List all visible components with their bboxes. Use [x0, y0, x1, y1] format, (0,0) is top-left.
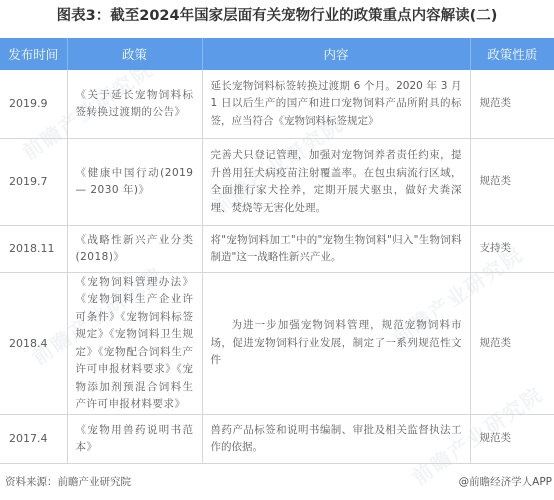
- cell-policy: 《战略性新兴产业分类(2018)》: [67, 226, 202, 273]
- header-policy: 政策: [67, 38, 202, 70]
- cell-nature: 规范类: [470, 70, 554, 139]
- cell-date: 2018.11: [0, 226, 67, 273]
- header-date: 发布时间: [0, 38, 67, 70]
- cell-nature: 支持类: [470, 226, 554, 273]
- table-row: 2019.7 《健康中国行动(2019 — 2030 年)》 完善犬只登记管理，…: [0, 139, 554, 226]
- cell-policy: 《宠物用兽药说明书范本》: [67, 415, 202, 464]
- cell-nature: 规范类: [470, 273, 554, 415]
- cell-nature: 规范类: [470, 415, 554, 464]
- cell-policy: 《健康中国行动(2019 — 2030 年)》: [67, 139, 202, 226]
- cell-date: 2019.7: [0, 139, 67, 226]
- table-row: 2017.4 《宠物用兽药说明书范本》 兽药产品标签和说明书编制、审批及相关监督…: [0, 415, 554, 464]
- policy-table: 发布时间 政策 内容 政策性质 2019.9 《关于延长宠物饲料标签转换过渡期的…: [0, 38, 554, 464]
- cell-date: 2019.9: [0, 70, 67, 139]
- cell-policy: 《宠物饲料管理办法》《宠物饲料生产企业许可条件》《宠物饲料标签规定》《宠物饲料卫…: [67, 273, 202, 415]
- cell-nature: 规范类: [470, 139, 554, 226]
- table-header-row: 发布时间 政策 内容 政策性质: [0, 38, 554, 70]
- cell-content: 为进一步加强宠物饲料管理，规范宠物饲料市场，促进宠物饲料行业发展，制定了一系列规…: [202, 273, 470, 415]
- cell-content: 延长宠物饲料标签转换过渡期 6 个月。2020 年 3 月 1 日以后生产的国产…: [202, 70, 470, 139]
- chart-title: 图表3：截至2024年国家层面有关宠物行业的政策重点内容解读(二): [0, 6, 554, 26]
- cell-content: 完善犬只登记管理，加强对宠物饲养者责任约束，提升兽用狂犬病疫苗注射覆盖率。在包虫…: [202, 139, 470, 226]
- cell-content: 将"宠物饲料加工"中的"宠物生物饲料"归入"生物饲料制造"这一战略性新兴产业。: [202, 226, 470, 273]
- source-note: 资料来源：前瞻产业研究院: [5, 474, 131, 489]
- table-row: 2019.9 《关于延长宠物饲料标签转换过渡期的公告》 延长宠物饲料标签转换过渡…: [0, 70, 554, 139]
- table-row: 2018.11 《战略性新兴产业分类(2018)》 将"宠物饲料加工"中的"宠物…: [0, 226, 554, 273]
- cell-date: 2017.4: [0, 415, 67, 464]
- cell-content: 兽药产品标签和说明书编制、审批及相关监督执法工作的依据。: [202, 415, 470, 464]
- header-nature: 政策性质: [470, 38, 554, 70]
- credit-note: @前瞻经济学人APP: [459, 474, 552, 489]
- header-content: 内容: [202, 38, 470, 70]
- table-row: 2018.4 《宠物饲料管理办法》《宠物饲料生产企业许可条件》《宠物饲料标签规定…: [0, 273, 554, 415]
- cell-policy: 《关于延长宠物饲料标签转换过渡期的公告》: [67, 70, 202, 139]
- cell-date: 2018.4: [0, 273, 67, 415]
